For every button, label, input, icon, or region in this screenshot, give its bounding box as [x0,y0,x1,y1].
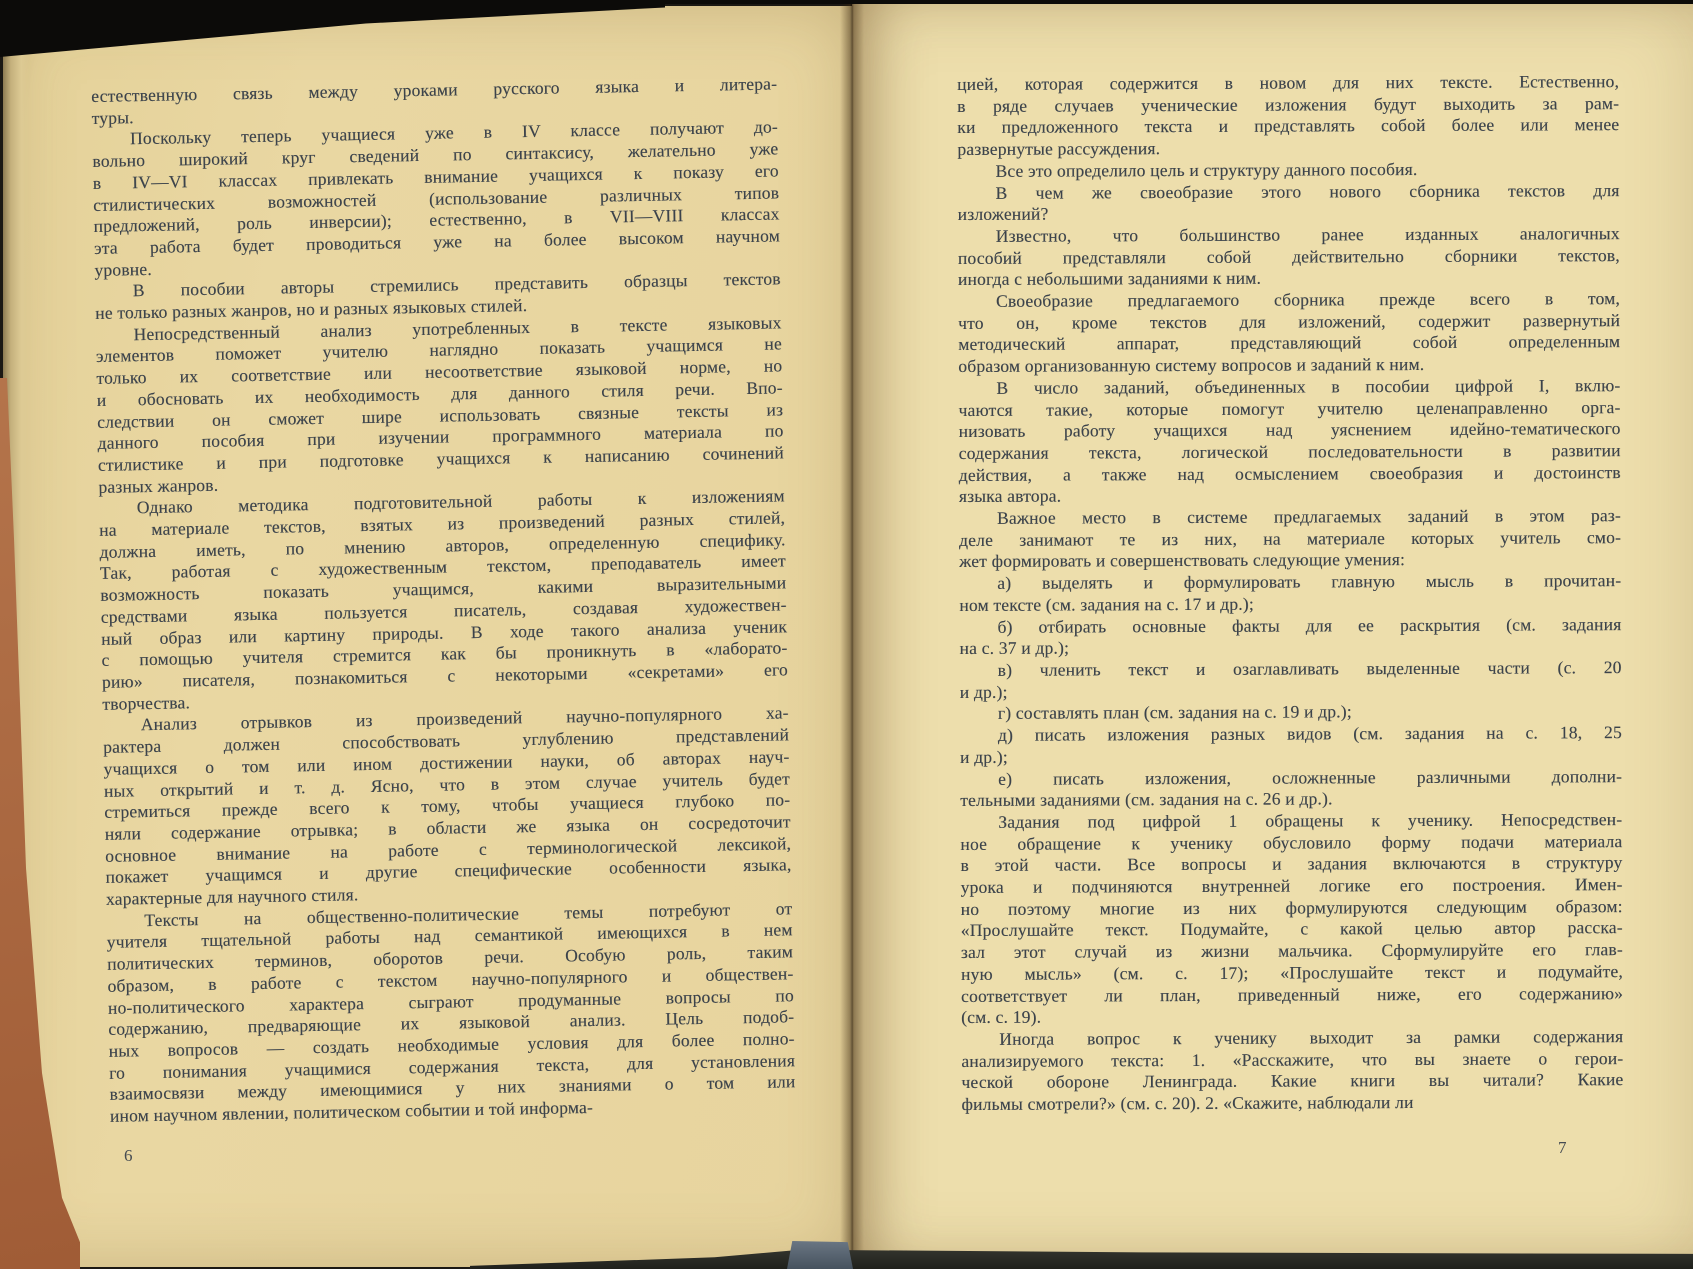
text-line: фильмы смотрели?» (см. с. 20). 2. «Скажи… [961,1091,1623,1116]
text-line: в этой части. Все вопросы и задания вклю… [960,852,1622,877]
text-line: жет формировать и совершенствовать следу… [959,549,1621,574]
text-line: зал этот случай из жизни мальчика. Сформ… [961,939,1623,964]
text-line: урока и подчиняются внутренней логике ег… [961,874,1623,899]
paragraph: Важное место в системе предлагаемых зада… [959,505,1621,573]
text-line: и др.); [960,744,1622,769]
text-line: а) выделять и формулировать главную мысл… [959,570,1621,595]
book-scan: естественную связь между уроками русског… [0,0,1693,1269]
left-page-number: 6 [124,1146,133,1166]
text-line: методический аппарат, представляющий соб… [958,332,1620,357]
text-line: анализируемого текста: 1. «Расскажите, ч… [961,1048,1623,1073]
text-line: языка автора. [959,483,1621,508]
paragraph: Задания под цифрой 1 обращены к ученику.… [960,809,1623,1029]
text-line: соответствует ли план, приведенный ниже,… [961,983,1623,1008]
binding-tail [787,1241,853,1269]
right-page-text: цией, которая содержится в новом для них… [957,71,1624,1116]
text-line: действия, а также над осмыслением своеоб… [959,462,1621,487]
paragraph: б) отбирать основные факты для ее раскры… [959,614,1621,660]
text-line: чаются такие, которые помогут учителю це… [958,397,1620,422]
text-line: содержания текста, логической последоват… [959,440,1621,465]
text-line: что он, кроме текстов для изложений, сод… [958,310,1620,335]
paragraph: Непосредственный анализ употребленных в … [95,312,784,498]
text-line: Своеобразие предлагаемого сборника прежд… [958,288,1620,313]
text-line: но поэтому многие из них формулируются с… [961,896,1623,921]
text-line: цией, которая содержится в новом для них… [957,71,1619,96]
text-line: В число заданий, объединенных в пособии … [958,375,1620,400]
text-line: Все это определило цель и структуру данн… [957,158,1619,183]
text-line: низовать работу учащихся над уяснением и… [959,418,1621,443]
paragraph: цией, которая содержится в новом для них… [957,71,1619,161]
paragraph: г) составлять план (см. задания на с. 19… [960,700,1622,725]
paragraph: д) писать изложения разных видов (см. за… [960,722,1622,768]
text-line: образом организованную систему вопросов … [958,353,1620,378]
text-line: б) отбирать основные факты для ее раскры… [959,614,1621,639]
text-line: изложений? [958,201,1620,226]
text-line: на с. 37 и др.); [959,635,1621,660]
text-line: «Прослушайте текст. Подумайте, с какой ц… [961,918,1623,943]
text-line: е) писать изложения, осложненные различн… [960,766,1622,791]
text-line: развернутые рассуждения. [957,136,1619,161]
right-page-number: 7 [1558,1138,1567,1158]
text-line: ческой обороне Ленинграда. Какие книги в… [961,1069,1623,1094]
text-line: в) членить текст и озаглавливать выделен… [960,657,1622,682]
paragraph: Тексты на общественно-политические темы … [106,898,796,1128]
text-line: в ряде случаев ученические изложения буд… [957,93,1619,118]
text-line: иногда с небольшими заданиями к ним. [958,266,1620,291]
right-page: цией, которая содержится в новом для них… [852,4,1693,1260]
text-line: г) составлять план (см. задания на с. 19… [960,700,1622,725]
paragraph: Своеобразие предлагаемого сборника прежд… [958,288,1620,378]
text-line: и др.); [960,679,1622,704]
text-line: пособий представляли собой действительно… [958,245,1620,270]
paragraph: е) писать изложения, осложненные различн… [960,766,1622,812]
paragraph: Иногда вопрос к ученику выходит за рамки… [961,1026,1623,1116]
paragraph: Однако методика подготовительной работы … [99,486,789,716]
text-line: Задания под цифрой 1 обращены к ученику.… [960,809,1622,834]
text-line: Известно, что большинство ранее изданных… [958,223,1620,248]
paragraph: Все это определило цель и структуру данн… [957,158,1619,183]
text-line: Важное место в системе предлагаемых зада… [959,505,1621,530]
paragraph: а) выделять и формулировать главную мысл… [959,570,1621,616]
paragraph: в) членить текст и озаглавливать выделен… [960,657,1622,703]
paragraph: Поскольку теперь учащиеся уже в IV класс… [92,117,781,281]
paragraph: Известно, что большинство ранее изданных… [958,223,1620,291]
left-page-text: естественную связь между уроками русског… [91,73,796,1127]
text-line: В чем же своеобразие этого нового сборни… [957,180,1619,205]
text-line: (см. с. 19). [961,1004,1623,1029]
paragraph: Анализ отрывков из произведений научно-п… [103,703,792,911]
text-line: Иногда вопрос к ученику выходит за рамки… [961,1026,1623,1051]
left-page: естественную связь между уроками русског… [3,6,852,1267]
text-line: ную мысль» (см. с. 17); «Прослушайте тек… [961,961,1623,986]
book-gutter [840,0,864,1269]
text-line: ное обращение к ученику обусловило форму… [960,831,1622,856]
paragraph: В число заданий, объединенных в пособии … [958,375,1621,508]
text-line: деле занимают те из них, на материале ко… [959,527,1621,552]
text-line: ки предложенного текста и представлять с… [957,115,1619,140]
paragraph: В чем же своеобразие этого нового сборни… [957,180,1619,226]
text-line: д) писать изложения разных видов (см. за… [960,722,1622,747]
text-line: тельными заданиями (см. задания на с. 26… [960,787,1622,812]
scan-edge-top [0,0,1693,4]
text-line: ном тексте (см. задания на с. 17 и др.); [959,592,1621,617]
